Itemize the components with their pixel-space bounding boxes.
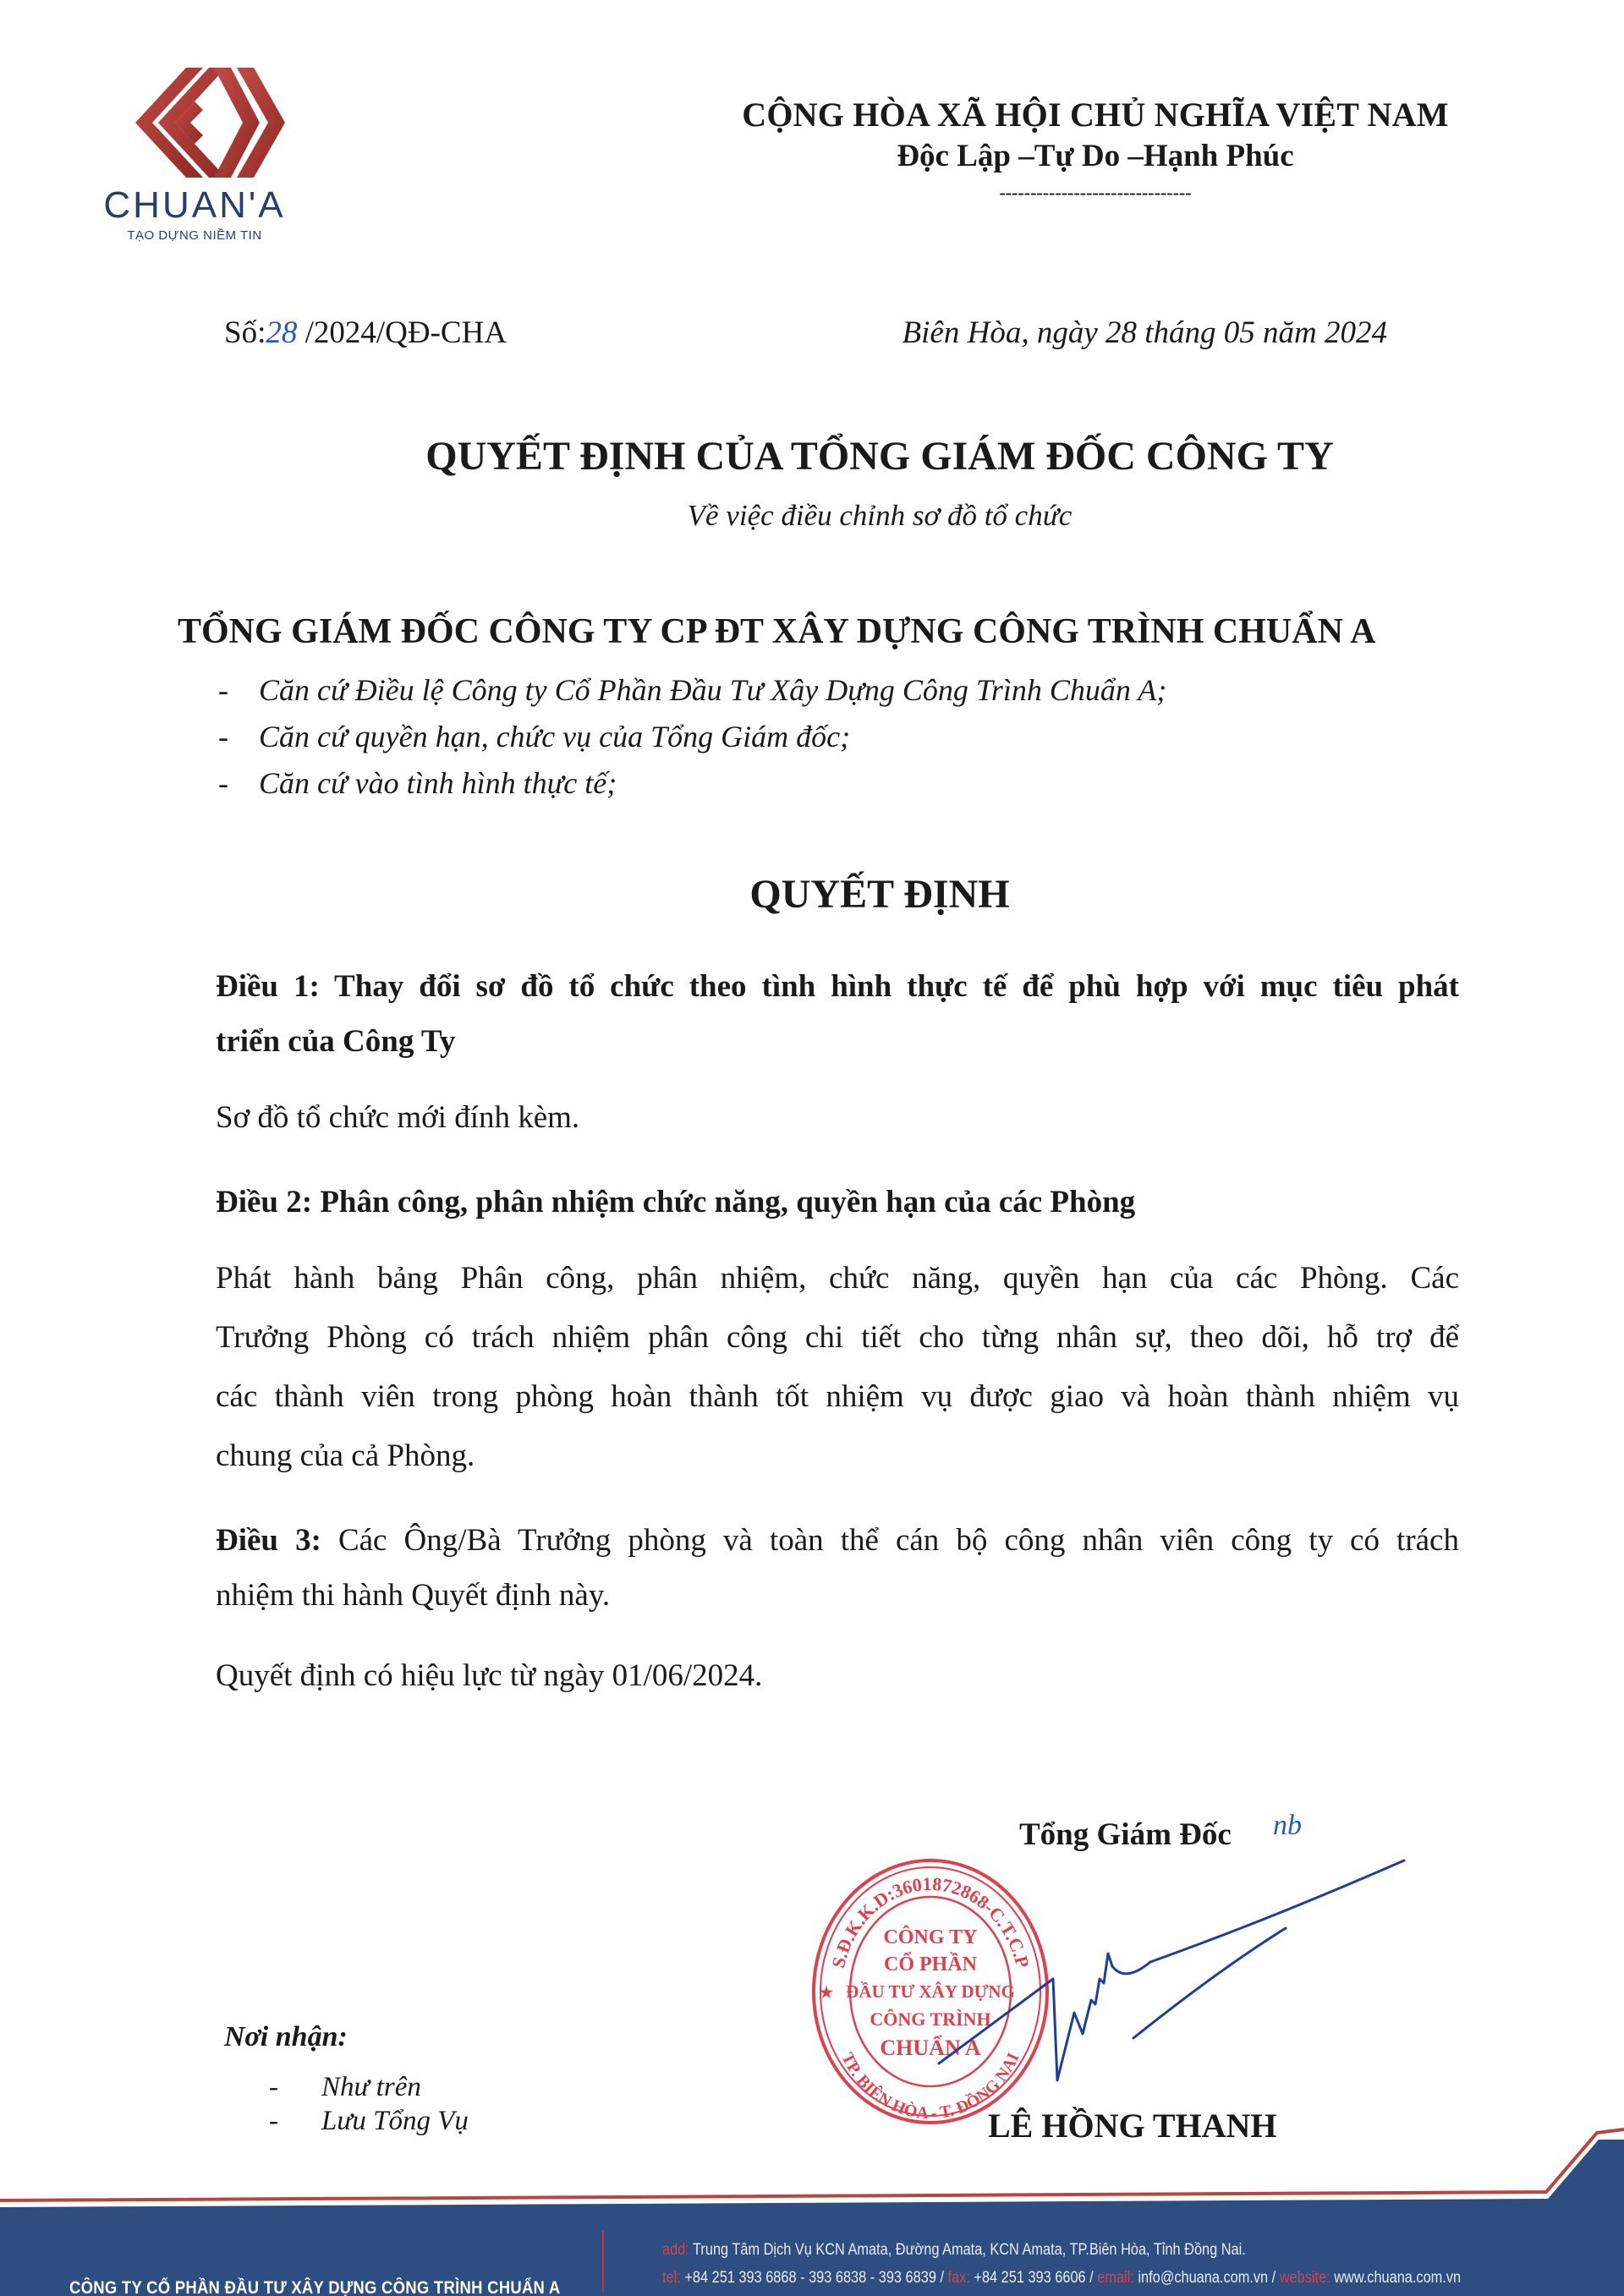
- article-2-line: các thành viên trong phòng hoàn thành tố…: [216, 1378, 1459, 1415]
- effective-date: Quyết định có hiệu lực từ ngày 01/06/202…: [216, 1658, 1459, 1694]
- website-label: website:: [1280, 2269, 1330, 2287]
- logo-mark-icon: [63, 59, 326, 186]
- bullet-dash: -: [218, 765, 259, 801]
- decision-heading: QUYẾT ĐỊNH: [68, 871, 1624, 918]
- tel-label: tel:: [662, 2269, 681, 2287]
- logo-brand: CHUAN'A: [68, 184, 321, 227]
- document-title: QUYẾT ĐỊNH CỦA TỔNG GIÁM ĐỐC CÔNG TY: [68, 433, 1624, 479]
- place-date: Biên Hòa, ngày 28 tháng 05 năm 2024: [903, 315, 1387, 351]
- basis-item: -Căn cứ quyền hạn, chức vụ của Tổng Giám…: [218, 719, 850, 754]
- number-prefix: Số:: [224, 315, 266, 350]
- basis-text: Căn cứ vào tình hình thực tế;: [259, 766, 617, 800]
- national-motto: Độc Lập –Tự Do –Hạnh Phúc: [702, 138, 1489, 174]
- footer-contacts: tel: +84 251 393 6868 - 393 6838 - 393 6…: [662, 2269, 1461, 2288]
- basis-text: Căn cứ Điều lệ Công ty Cổ Phần Đầu Tư Xâ…: [259, 673, 1166, 707]
- header-divider: -------------------------------: [702, 182, 1489, 204]
- company-logo: CHUAN'A TẠO DỰNG NIỀM TIN: [63, 59, 317, 254]
- number-handwritten: 28: [266, 315, 297, 350]
- article-1-body: Sơ đồ tổ chức mới đính kèm.: [216, 1099, 1459, 1136]
- address-text: Trung Tâm Dịch Vụ KCN Amata, Đường Amata…: [689, 2241, 1246, 2259]
- email-label: email:: [1097, 2269, 1134, 2287]
- basis-item: -Căn cứ Điều lệ Công ty Cổ Phần Đầu Tư X…: [218, 672, 1166, 708]
- bullet-dash: -: [218, 672, 259, 708]
- basis-text: Căn cứ quyền hạn, chức vụ của Tổng Giám …: [259, 720, 850, 753]
- document-number: Số:28 /2024/QĐ-CHA: [224, 315, 507, 351]
- bullet-dash: -: [218, 719, 259, 754]
- footer-address: add: Trung Tâm Dịch Vụ KCN Amata, Đường …: [662, 2241, 1246, 2260]
- fax-label: fax:: [948, 2269, 970, 2287]
- svg-text:★: ★: [820, 1984, 834, 2001]
- article-3-label: Điều 3:: [216, 1523, 321, 1558]
- article-3-line1: Điều 3: Các Ông/Bà Trưởng phòng và toàn …: [216, 1522, 1459, 1559]
- footer-separator: [602, 2231, 604, 2292]
- article-1-heading-line2: triển của Công Ty: [216, 1023, 1459, 1060]
- logo-tagline: TẠO DỰNG NIỀM TIN: [63, 228, 326, 243]
- article-2-heading: Điều 2: Phân công, phân nhiệm chức năng,…: [216, 1184, 1459, 1220]
- tel-text: +84 251 393 6868 - 393 6838 - 393 6839 /: [681, 2269, 948, 2287]
- basis-item: -Căn cứ vào tình hình thực tế;: [218, 765, 617, 801]
- article-1-heading-line1: Điều 1: Thay đổi sơ đồ tổ chức theo tình…: [216, 968, 1459, 1005]
- article-3-line2: nhiệm thi hành Quyết định này.: [216, 1577, 1459, 1614]
- fax-text: +84 251 393 6606 /: [970, 2269, 1097, 2287]
- document-subtitle: Về việc điều chỉnh sơ đồ tổ chức: [68, 499, 1624, 533]
- national-title: CỘNG HÒA XÃ HỘI CHỦ NGHĨA VIỆT NAM: [702, 95, 1489, 134]
- issuer-title: TỔNG GIÁM ĐỐC CÔNG TY CP ĐT XÂY DỰNG CÔN…: [178, 611, 1472, 652]
- article-3-text: Các Ông/Bà Trưởng phòng và toàn thể cán …: [321, 1523, 1459, 1558]
- footer-company-name: CÔNG TY CỔ PHẦN ĐẦU TƯ XÂY DỰNG CÔNG TRÌ…: [69, 2278, 560, 2296]
- website-link[interactable]: www.chuana.com.vn: [1330, 2269, 1461, 2287]
- article-2-line: Trưởng Phòng có trách nhiệm phân công ch…: [216, 1319, 1459, 1356]
- email-link[interactable]: info@chuana.com.vn /: [1134, 2269, 1280, 2287]
- article-2-line: chung của cả Phòng.: [216, 1438, 1459, 1474]
- address-label: add:: [662, 2241, 689, 2259]
- number-suffix: /2024/QĐ-CHA: [297, 315, 507, 350]
- article-2-line: Phát hành bảng Phân công, phân nhiệm, ch…: [216, 1260, 1459, 1296]
